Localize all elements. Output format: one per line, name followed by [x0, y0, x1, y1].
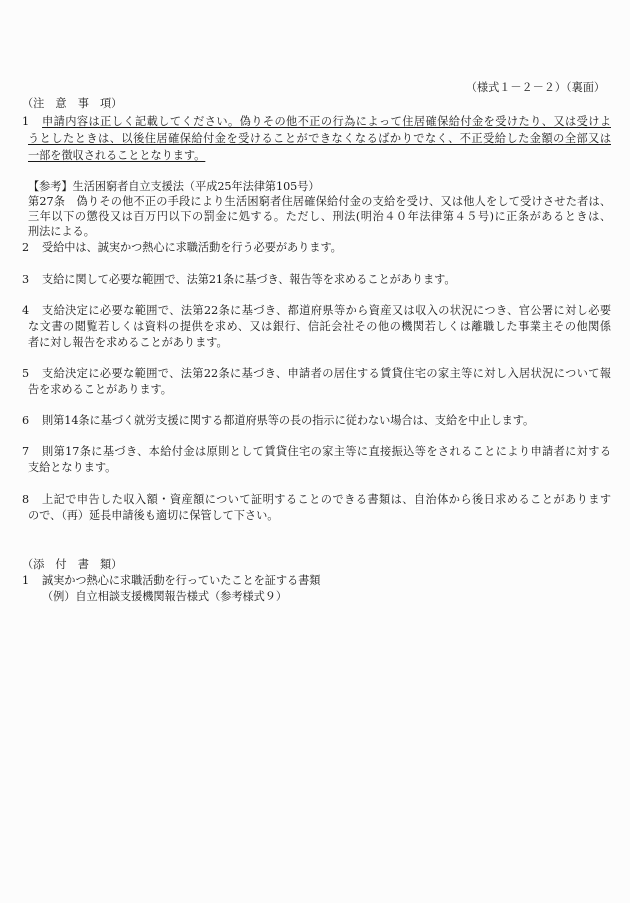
- notes-heading: （注 意 事 項）: [22, 97, 122, 111]
- note-text-line: 支給に関して必要な範囲で、法第21条に基づき、報告等を求めることがあります。: [42, 273, 456, 287]
- note-text-line: 一部を徴収されることとなります。: [28, 149, 205, 163]
- note-number: 8: [22, 493, 29, 507]
- form-code: （様式１－２－２）（裏面）: [466, 81, 605, 95]
- reference-line: 刑法による。: [28, 225, 95, 239]
- note-number: 4: [22, 304, 29, 318]
- note-text-line: 受給中は、誠実かつ熱心に求職活動を行う必要があります。: [42, 241, 342, 255]
- note-text-line: 支給決定に必要な範囲で、法第22条に基づき、都道府県等から資産又は収入の状況につ…: [42, 304, 611, 318]
- attachment-example: （例）自立相談支援機関報告様式（参考様式９）: [42, 590, 287, 604]
- note-text-line: 者に対し報告を求めることがあります。: [28, 336, 228, 350]
- reference-line: 第27条 偽りその他不正の手段により生活困窮者住居確保給付金の支給を受け、又は他…: [28, 195, 611, 209]
- reference-line: 三年以下の懲役又は百万円以下の罰金に処する。ただし、刑法(明治４０年法律第４５号…: [28, 210, 611, 224]
- note-text-line: 則第17条に基づき、本給付金は原則として賃貸住宅の家主等に直接振込等をされること…: [42, 445, 611, 459]
- attachment-number: 1: [22, 574, 29, 588]
- note-text-line: な文書の閲覧若しくは資料の提供を求め、又は銀行、信託会社その他の機関若しくは離職…: [28, 320, 611, 334]
- note-text-line: 則第14条に基づく就労支援に関する都道府県等の長の指示に従わない場合は、支給を中…: [42, 414, 534, 428]
- note-number: 7: [22, 445, 29, 459]
- reference-title: 【参考】生活困窮者自立支援法（平成25年法律第105号）: [28, 180, 320, 194]
- note-text-line: 告を求めることがあります。: [28, 383, 172, 397]
- note-number: 1: [22, 115, 29, 129]
- note-text-line: うとしたときは、以後住居確保給付金を受けることができなくなるばかりでなく、不正受…: [28, 132, 611, 146]
- note-text-line: 上記で申告した収入額・資産額について証明することのできる書類は、自治体から後日求…: [42, 493, 611, 507]
- note-text-line: ので、（再）延長申請後も適切に保管して下さい。: [28, 509, 278, 523]
- note-number: 3: [22, 273, 29, 287]
- note-text-line: 申請内容は正しく記載してください。偽りその他不正の行為によって住居確保給付金を受…: [42, 115, 611, 129]
- attachments-heading: （添 付 書 類）: [22, 558, 122, 572]
- note-number: 5: [22, 367, 29, 381]
- note-number: 6: [22, 414, 29, 428]
- attachment-text: 誠実かつ熱心に求職活動を行っていたことを証する書類: [42, 574, 320, 588]
- note-number: 2: [22, 241, 29, 255]
- note-text-line: 支給決定に必要な範囲で、法第22条に基づき、申請者の居住する賃貸住宅の家主等に対…: [42, 367, 611, 381]
- note-text-line: 支給となります。: [28, 461, 116, 475]
